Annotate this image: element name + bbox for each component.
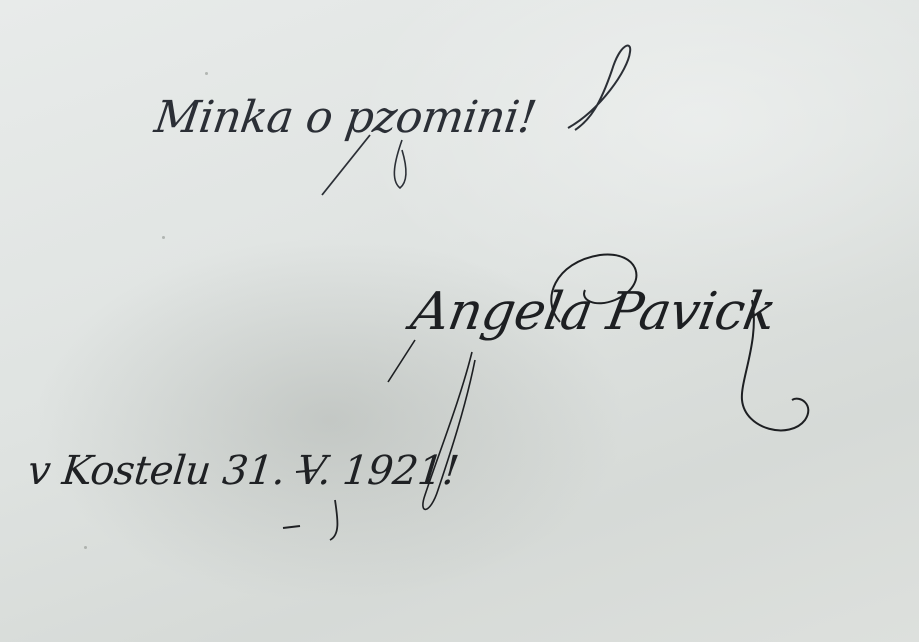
paper-speck bbox=[84, 546, 87, 549]
paper-speck bbox=[162, 236, 165, 239]
signature-text: Angela Pavick bbox=[407, 282, 781, 342]
greeting-text: Minka o pzomini! bbox=[151, 92, 539, 143]
paper-speck bbox=[205, 72, 208, 75]
place-date-text: v Kostelu 31. V. 1921! bbox=[26, 448, 461, 494]
